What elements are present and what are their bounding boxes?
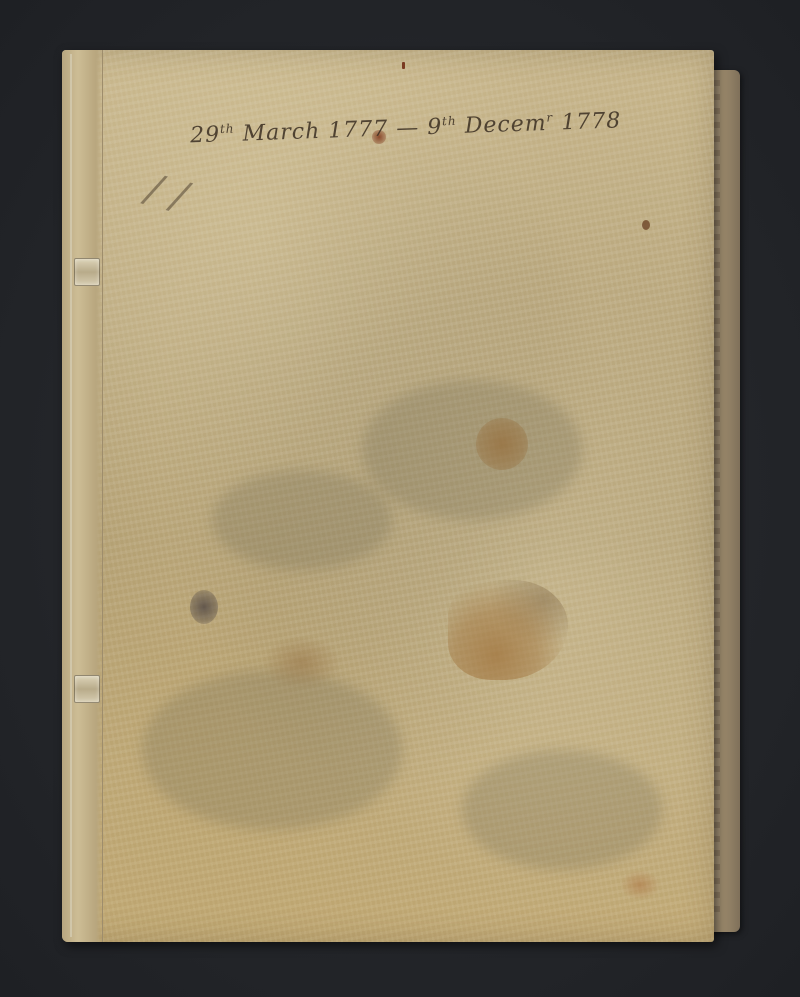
end-month-suffix: r	[546, 110, 553, 124]
start-day-suffix: th	[220, 122, 235, 136]
brown-stain-patch	[262, 635, 342, 690]
vellum-front-cover: / / 29th March 1777 — 9th Decemr 1778	[62, 50, 714, 942]
mottled-shading	[212, 470, 392, 570]
spine-tie-tab-top	[74, 258, 100, 286]
faint-pen-marks: / /	[142, 166, 192, 221]
start-day: 29	[190, 122, 221, 148]
ink-tick-mark	[402, 62, 405, 69]
spine-fold	[62, 50, 103, 942]
end-day-suffix: th	[442, 114, 457, 128]
round-stain	[476, 418, 528, 470]
date-inscription: 29th March 1777 — 9th Decemr 1778	[190, 105, 711, 148]
end-month: Decem	[464, 111, 547, 139]
mottled-shading	[142, 670, 402, 830]
small-brown-spot	[642, 220, 650, 230]
start-year: 1777	[328, 116, 389, 143]
dark-ink-blot	[190, 590, 218, 624]
spine-tie-tab-bottom	[74, 675, 100, 703]
date-separator: —	[396, 115, 420, 141]
mottled-shading	[362, 380, 582, 520]
hook-shaped-stain	[448, 580, 568, 680]
mottled-shading	[462, 750, 662, 870]
end-year: 1778	[561, 108, 622, 135]
start-month: March	[242, 119, 320, 147]
end-day: 9	[427, 115, 443, 141]
corner-stain	[620, 870, 660, 900]
